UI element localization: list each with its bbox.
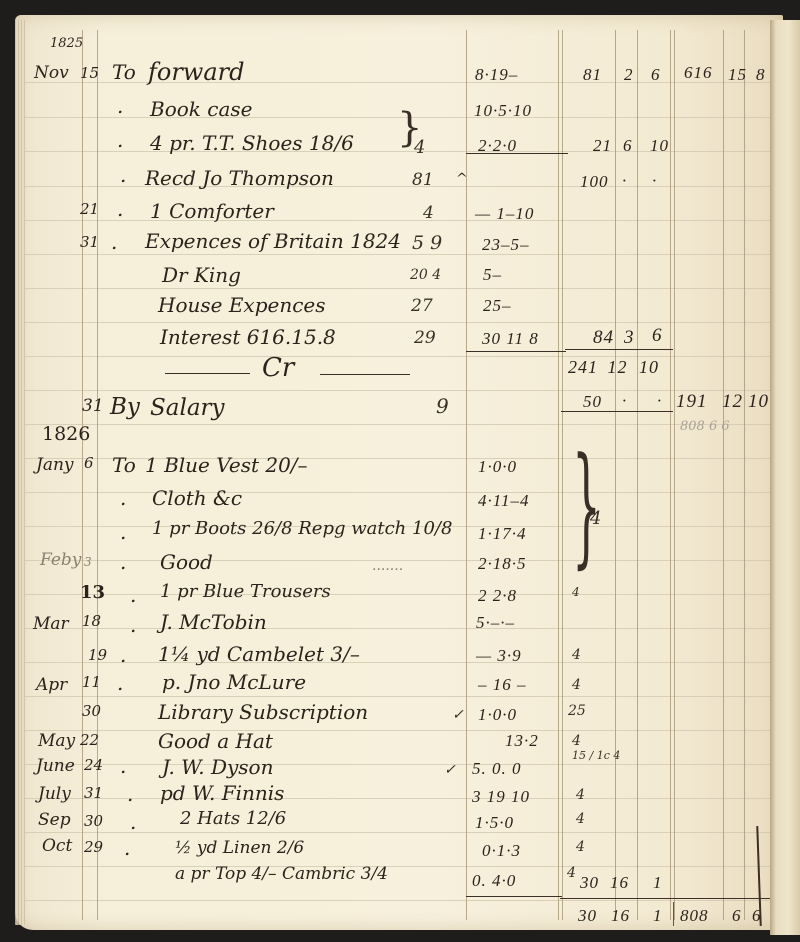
entry-day: 30 (84, 814, 103, 829)
balance-shillings: 12 (722, 392, 743, 411)
entry-prefix: . (117, 96, 123, 116)
entry-note: 4 (572, 648, 581, 662)
entry-ext-shillings: 16 (610, 874, 629, 891)
entry-amount: 1·0·0 (478, 458, 517, 475)
credit-heading: Cr (262, 355, 294, 381)
entry-amount: 25– (483, 297, 512, 314)
final-balance-pounds: 808 (680, 907, 709, 924)
year-header-1826: 1826 (42, 425, 90, 444)
entry-day: 24 (84, 758, 103, 773)
brace-note: 4 (590, 510, 601, 528)
entry-prefix: . (120, 488, 126, 508)
entry-description: forward (148, 60, 245, 84)
entry-description: Salary (150, 397, 225, 420)
balance-shillings: 15 (728, 66, 747, 83)
entry-prefix: . (117, 673, 123, 693)
balance-pence: 10 (748, 392, 769, 411)
entry-prefix: . (111, 232, 117, 252)
entry-description: Cloth &c (152, 488, 242, 508)
entry-amount: 10·5·10 (474, 102, 532, 119)
entry-description: Good a Hat (158, 731, 273, 751)
year-header-1825: 1825 (50, 37, 83, 50)
cr-heading-rule-right (320, 374, 410, 375)
subtotal-pence: 10 (639, 357, 659, 377)
subtotal-rule-3 (565, 349, 673, 350)
entry-day: 15 (80, 66, 99, 81)
entry-description: a pr Top 4/– Cambric 3/4 (175, 866, 388, 883)
entry-prefix: . (117, 199, 123, 219)
entry-ext-pence: 6 (651, 66, 661, 83)
entry-amount: 0·1·3 (482, 842, 521, 859)
subtotal-rule-2 (466, 351, 566, 352)
entry-amount: 1·0·0 (478, 706, 517, 723)
entry-prefix: . (130, 585, 136, 605)
entry-prefix: To (112, 62, 136, 82)
entry-day: 13 (80, 584, 105, 602)
page-stack-edge-left (15, 20, 25, 925)
entry-day: 3 (84, 556, 92, 568)
entry-month: Feby (40, 552, 81, 569)
entry-note: 4 (572, 734, 581, 748)
entry-amount: 5– (483, 266, 502, 283)
final-balance-shillings: 6 (732, 907, 742, 924)
final-ext-shillings: 16 (611, 907, 630, 924)
entry-day: 19 (88, 648, 107, 663)
final-ext-pounds: 30 (578, 907, 597, 924)
entry-amount: 8·19– (475, 66, 518, 83)
entry-month: Nov (34, 65, 69, 82)
subtotal-shillings: 12 (608, 357, 628, 377)
entry-month: July (38, 786, 71, 803)
ruled-lines (25, 30, 770, 920)
entry-note: 4 (572, 586, 580, 598)
entry-amount: 4·11–4 (478, 492, 530, 509)
entry-day: 31 (82, 398, 104, 415)
entry-month: Sep (38, 812, 71, 829)
entry-note: 4 (576, 788, 585, 802)
entry-description: Expences of Britain 1824 (145, 231, 401, 251)
entry-amount: 30 11 8 (482, 330, 539, 347)
entry-folio: 27 (411, 298, 433, 315)
entry-description: 1 Blue Vest 20/– (145, 455, 308, 475)
entry-month: Oct (42, 838, 72, 855)
entry-ext-shillings: · (622, 172, 627, 189)
entry-description: Interest 616.15.8 (160, 327, 336, 347)
entry-prefix: . (117, 130, 123, 150)
entry-amount: 0. 4·0 (472, 872, 516, 889)
entry-amount: 13·2 (505, 732, 539, 749)
entry-description: ½ yd Linen 2/6 (175, 840, 304, 857)
final-rule-ext (560, 898, 770, 899)
entry-note: 4 (576, 840, 585, 854)
entry-amount: 1·17·4 (478, 525, 527, 542)
entry-description: Book case (150, 99, 252, 119)
entry-folio: 29 (414, 330, 436, 347)
entry-prefix: . (130, 812, 136, 832)
entry-amount: – 16 – (478, 676, 527, 693)
balance-pence: 8 (756, 66, 766, 83)
entry-day: 22 (80, 733, 99, 748)
final-ext-pence: 1 (653, 907, 663, 924)
entry-prefix: . (127, 784, 133, 804)
entry-amount: 3 19 10 (472, 788, 530, 805)
entry-month: Jany (36, 457, 74, 474)
entry-description: p. Jno McLure (162, 672, 306, 692)
balance-pounds: 191 (676, 392, 708, 411)
entry-ext-pence: 6 (652, 326, 663, 345)
entry-note: 25 (568, 704, 586, 718)
entry-month: Mar (33, 616, 69, 633)
entry-day: 31 (84, 786, 103, 801)
entry-ext-pounds: 100 (580, 173, 609, 190)
entry-check: ✓ (444, 763, 456, 777)
balance-pounds: 616 (684, 64, 713, 81)
entry-amount: 23–5– (482, 236, 530, 253)
entry-ext-pounds: 50 (583, 393, 602, 410)
entry-note: 4 (572, 678, 581, 692)
tick-mark: ^ (456, 172, 468, 186)
entry-amount: 5·–·– (476, 614, 515, 631)
entry-folio: 9 (436, 396, 449, 416)
entry-note: 4 (567, 866, 576, 880)
entry-ext-shillings: · (622, 392, 627, 409)
entry-prefix: . (120, 756, 126, 776)
entry-month: June (36, 758, 75, 775)
cr-heading-rule-left (165, 373, 250, 374)
entry-ext-pounds: 81 (583, 66, 602, 83)
entry-month: May (38, 733, 75, 750)
entry-ext-pence: 1 (653, 874, 663, 891)
entry-description: 1¼ yd Cambelet 3/– (158, 644, 360, 664)
entry-prefix: . (120, 165, 126, 185)
entry-ext-pence: 10 (650, 137, 669, 154)
entry-prefix: . (124, 838, 130, 858)
entry-day: 6 (84, 456, 94, 471)
entry-check: ✓ (452, 708, 464, 722)
entry-prefix: . (130, 615, 136, 635)
entry-description: 4 pr. T.T. Shoes 18/6 (150, 133, 354, 153)
entry-description: Good (160, 552, 213, 572)
entry-day: 18 (82, 614, 101, 629)
entry-folio: 20 4 (410, 268, 441, 282)
entry-prefix: By (110, 396, 140, 419)
book-gutter-right (770, 20, 800, 935)
final-divider (673, 902, 674, 926)
entry-description: House Expences (158, 295, 326, 315)
entry-description: 1 Comforter (150, 201, 274, 221)
entry-ext-pounds: 30 (580, 874, 599, 891)
entry-description: Library Subscription (158, 702, 368, 722)
entry-amount: — 1–10 (475, 205, 534, 222)
pencil-balance-note: 808 6 6 (680, 420, 730, 433)
entry-amount: 1·5·0 (475, 814, 514, 831)
entry-amount: — 3·9 (476, 647, 522, 664)
entry-folio: 81 (412, 172, 434, 189)
entry-ext-pence: · (652, 172, 657, 189)
entry-ext-pounds: 84 (593, 328, 614, 347)
entry-note: 4 (576, 812, 585, 826)
entry-month: Apr (36, 677, 67, 694)
entry-ext-pence: · (657, 392, 662, 409)
brace-mark: } (572, 440, 601, 570)
entry-ext-shillings: 2 (624, 66, 634, 83)
entry-day: 30 (82, 704, 101, 719)
final-rule-amount (466, 896, 562, 897)
entry-note: 15 / 1c 4 (572, 750, 620, 761)
entry-amount: 2 2·8 (478, 587, 517, 604)
entry-description: J. McTobin (160, 612, 267, 632)
entry-ext-shillings: 6 (623, 137, 633, 154)
entry-prefix: To (112, 455, 136, 475)
entry-ext-shillings: 3 (624, 328, 635, 347)
entry-prefix: . (120, 552, 126, 572)
subtotal-pounds: 241 (568, 357, 598, 377)
entry-day: 31 (80, 235, 99, 250)
entry-folio: 4 (414, 139, 425, 157)
entry-prefix: . (120, 645, 126, 665)
entry-ext-pounds: 21 (593, 137, 612, 154)
entry-amount: 2·2·0 (478, 137, 517, 154)
entry-day: 21 (80, 202, 99, 217)
entry-folio: 5 9 (412, 234, 442, 253)
entry-description: 2 Hats 12/6 (180, 810, 286, 828)
entry-description: 1 pr Boots 26/8 Repg watch 10/8 (152, 520, 452, 538)
salary-rule (561, 411, 673, 412)
entry-description: J. W. Dyson (162, 757, 273, 777)
pencil-mark: ······· (372, 563, 403, 577)
entry-prefix: . (120, 522, 126, 542)
entry-day: 29 (84, 840, 103, 855)
entry-description: Dr King (162, 265, 241, 285)
subtotal-amount: 241 12 10 (568, 358, 659, 376)
entry-description: pd W. Finnis (160, 783, 284, 803)
entry-amount: 2·18·5 (478, 555, 527, 572)
entry-description: Recd Jo Thompson (145, 168, 334, 188)
entry-folio: 4 (423, 205, 434, 222)
entry-description: 1 pr Blue Trousers (160, 583, 331, 601)
entry-amount: 5. 0. 0 (472, 760, 522, 777)
entry-day: 11 (82, 675, 101, 690)
